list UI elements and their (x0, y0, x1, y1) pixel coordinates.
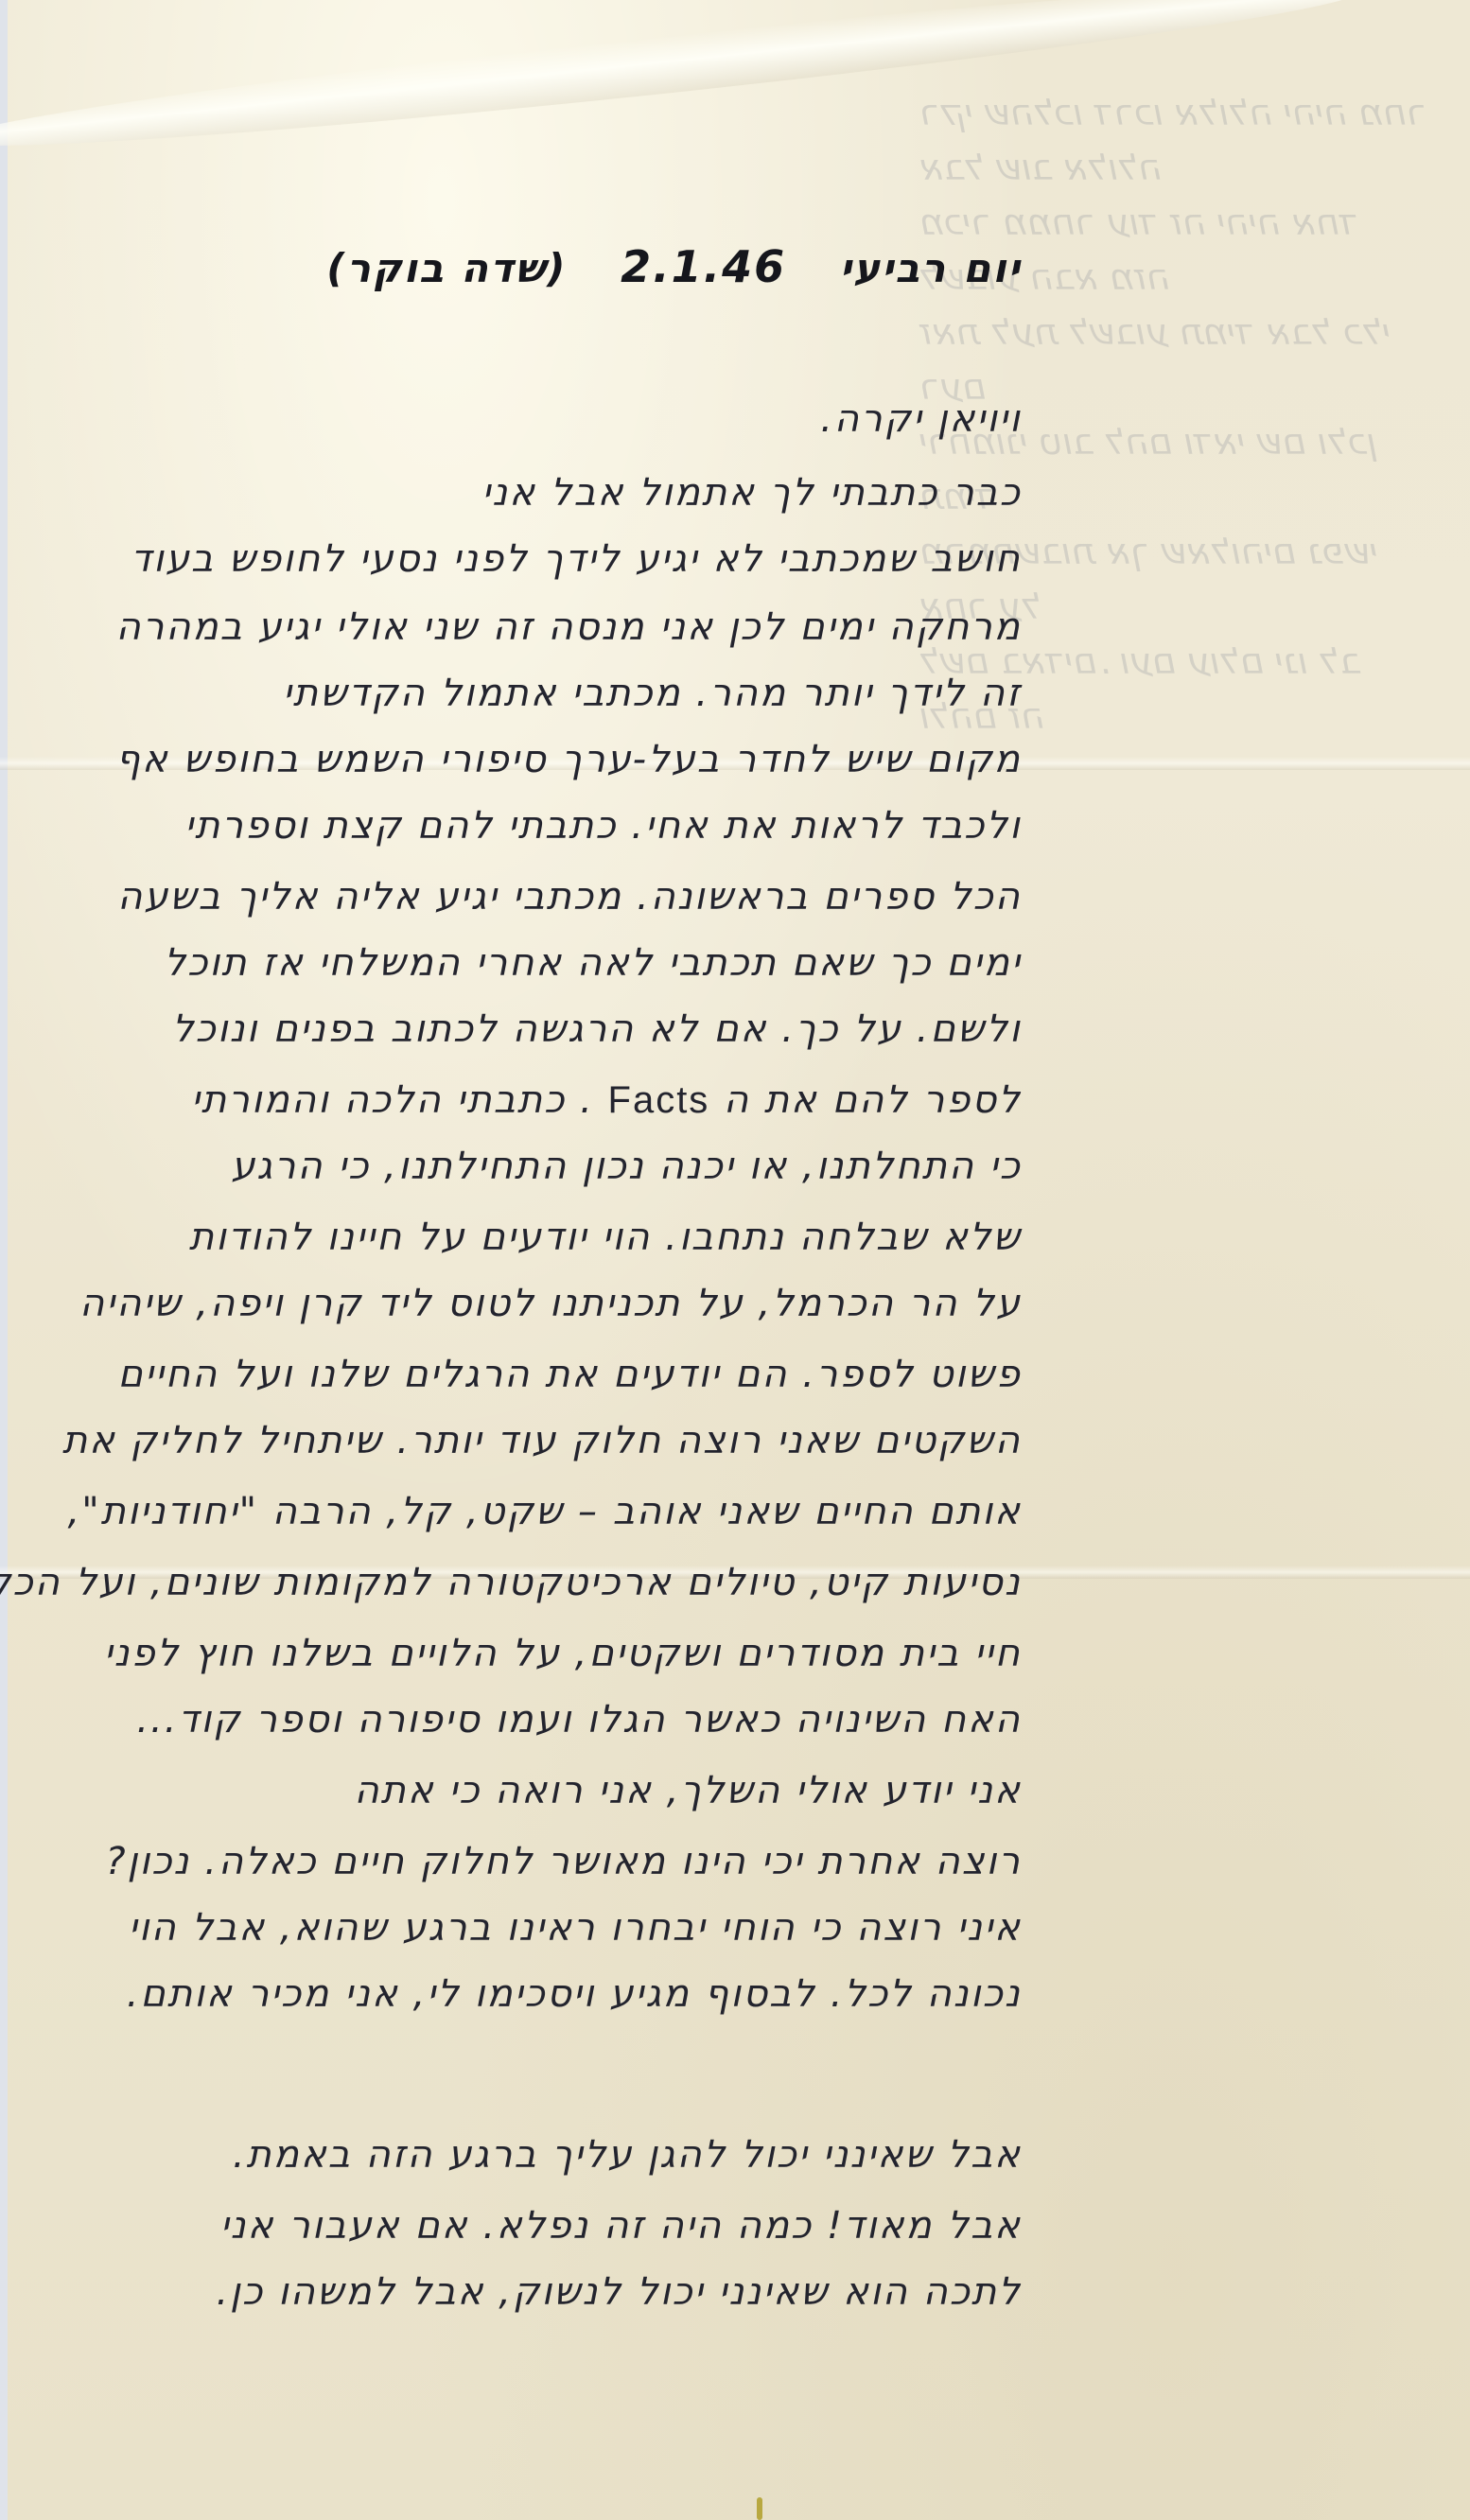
body-line: ולשם. על כך. אם לא הרגשה לכתוב בפנים ונו… (172, 1007, 1022, 1051)
body-line: הכל ספרים בראשונה. מכתבי יגיע אליה אליך … (117, 875, 1022, 919)
body-line: ולכבד לראות את אחי. כתבתי להם קצת וספרתי (184, 804, 1022, 848)
header-day: יום רביעי (840, 245, 1022, 291)
header-date: 2.1.46 (621, 241, 786, 292)
body-line: השקטים שאני רוצה חלוק עוד יותר. שיתחיל ל… (62, 1419, 1022, 1462)
body-line: רוצה אחרת יכי הינו מאושר לחלוק חיים כאלה… (105, 1840, 1022, 1883)
body-text: . כתבתי הלכה והמורתי (191, 1078, 594, 1122)
closing-line: לתכה הוא שאינני יכול לנשוק, אבל למשהו כן… (216, 2270, 1022, 2314)
body-line: כבר כתבתי לך אתמול אבל אני (481, 471, 1022, 515)
body-line: חיי בית מסודרים ושקטים, על הלויים בשלנו … (104, 1632, 1022, 1675)
salutation: ויויאן יקרה. (820, 397, 1022, 441)
body-line: האח השינויה כאשר הגלו ועמו סיפורה וספר ק… (136, 1698, 1022, 1741)
body-line: אותם החיים שאני אוהב – שקט, קל, הרבה "יח… (68, 1490, 1022, 1533)
body-line: חושב שמכתבי לא יגיע לידך לפני נסעי לחופש… (131, 537, 1022, 581)
body-line: אני יודע אולי השלך, אני רואה כי אתה (355, 1769, 1022, 1812)
body-line: מקום שיש לחדר בעל-ערך סיפורי השמש בחופש … (116, 738, 1022, 781)
body-line: זה לידך יותר מהר. מכתבי אתמול הקדשתי (283, 672, 1022, 715)
body-line: שלא שבלחה נתחבו. הוי יודעים על חיינו להו… (189, 1216, 1022, 1259)
letter-header: יום רביעי 2.1.46 (שדה בוקר) (326, 241, 1022, 292)
closing-line: אבל מאוד! כמה היה זה נפלא. אם אעבור אני (220, 2204, 1022, 2248)
body-line: על הר הכרמל, על תכניתנו לטוס ליד קרן ויפ… (79, 1282, 1022, 1325)
body-line: ימים כך שאם תכתבי לאה אחרי המשלחי אז תוכ… (165, 941, 1023, 985)
paper-stain (757, 2497, 762, 2520)
header-place: (שדה בוקר) (326, 245, 567, 291)
body-line: איני רוצה כי הוחי יבחרו ראינו ברגע שהוא,… (129, 1906, 1022, 1950)
body-line: נכונה לכל. לבסוף מגיע ויסכימו לי, אני מכ… (127, 1972, 1022, 2016)
body-line-with-english: לספר להם את ה Facts . כתבתי הלכה והמורתי (191, 1078, 1022, 1122)
body-line: מרחקה ימים לכן אני מנסה זה שני אולי יגיע… (116, 605, 1022, 649)
closing-line: אבל שאינני יכול להגן עליך ברגע הזה באמת. (233, 2133, 1022, 2177)
scan-edge (0, 0, 8, 2520)
english-word: Facts (608, 1079, 710, 1122)
body-text: לספר להם את ה (724, 1078, 1022, 1122)
bleed-line: רקי שהלכו דרכו אלולה יהיה מחר אבל שוב אל… (921, 85, 1451, 195)
body-line: כי התחלתנו, או יכנה נכון התחילתנו, כי הר… (231, 1145, 1022, 1188)
body-line: נסיעות קיט, טיולים ארכיטקטורה למקומות שו… (0, 1561, 1022, 1604)
body-line: פשוט לספר. הם יודעים את הרגלים שלנו ועל … (117, 1353, 1022, 1396)
